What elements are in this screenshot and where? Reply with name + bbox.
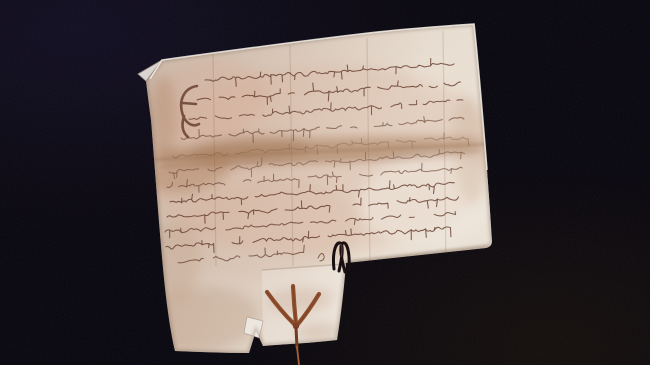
photo-grain-overlay — [0, 0, 650, 365]
photo-viewport — [0, 0, 650, 365]
parchment-photo — [0, 0, 650, 365]
